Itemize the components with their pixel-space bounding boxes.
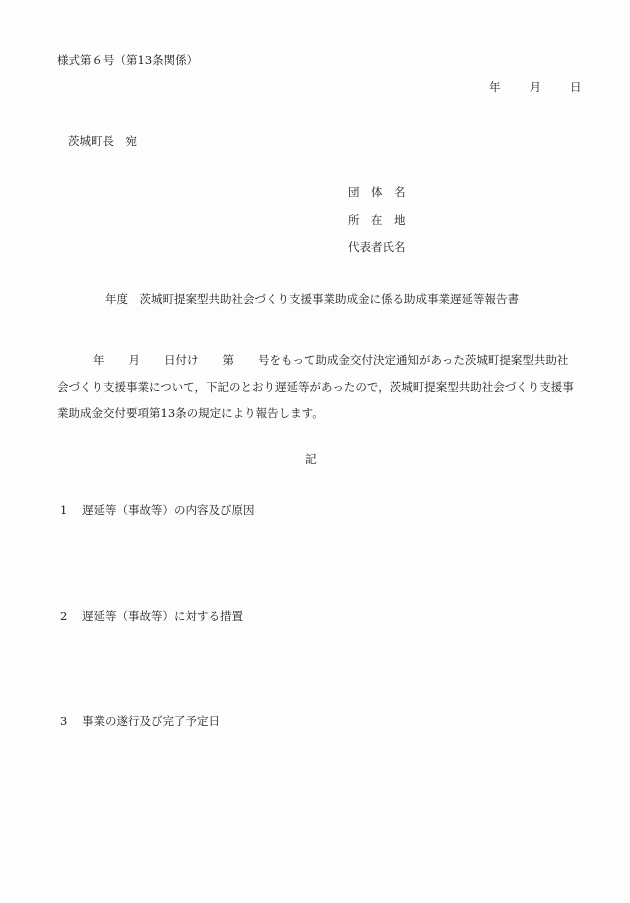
item-number: 1 (60, 505, 82, 517)
date-day-label: 日 (570, 82, 582, 94)
representative-label: 代表者氏名 (348, 242, 406, 254)
body-month: 月 (129, 353, 141, 367)
body-day-attached: 日付け (164, 353, 199, 367)
item-number: 2 (60, 611, 82, 623)
date-line: 年月日 (489, 82, 582, 94)
address-label: 所 在 地 (348, 215, 406, 227)
item-label: 遅延等（事故等）に対する措置 (82, 609, 243, 623)
item-label: 事業の遂行及び完了予定日 (82, 714, 220, 728)
date-month-label: 月 (530, 82, 542, 94)
item-number: 3 (60, 716, 82, 728)
item-label: 遅延等（事故等）の内容及び原因 (82, 503, 255, 517)
org-name-label: 団 体 名 (348, 187, 406, 199)
form-number: 様式第６号（第13条関係） (57, 55, 198, 67)
body-dai: 第 (223, 353, 235, 367)
date-year-label: 年 (489, 82, 501, 94)
item-2: 2遅延等（事故等）に対する措置 (60, 611, 243, 623)
body-paragraph: 年月日付け第号をもって助成金交付決定通知があった茨城町提案型共助社会づくり支援事… (57, 347, 577, 427)
ki-heading: 記 (305, 454, 317, 466)
item-1: 1遅延等（事故等）の内容及び原因 (60, 505, 255, 517)
item-3: 3事業の遂行及び完了予定日 (60, 716, 220, 728)
body-year: 年 (93, 353, 105, 367)
document-title: 年度 茨城町提案型共助社会づくり支援事業助成金に係る助成事業遅延等報告書 (105, 294, 519, 306)
addressee: 茨城町長 宛 (68, 136, 137, 148)
